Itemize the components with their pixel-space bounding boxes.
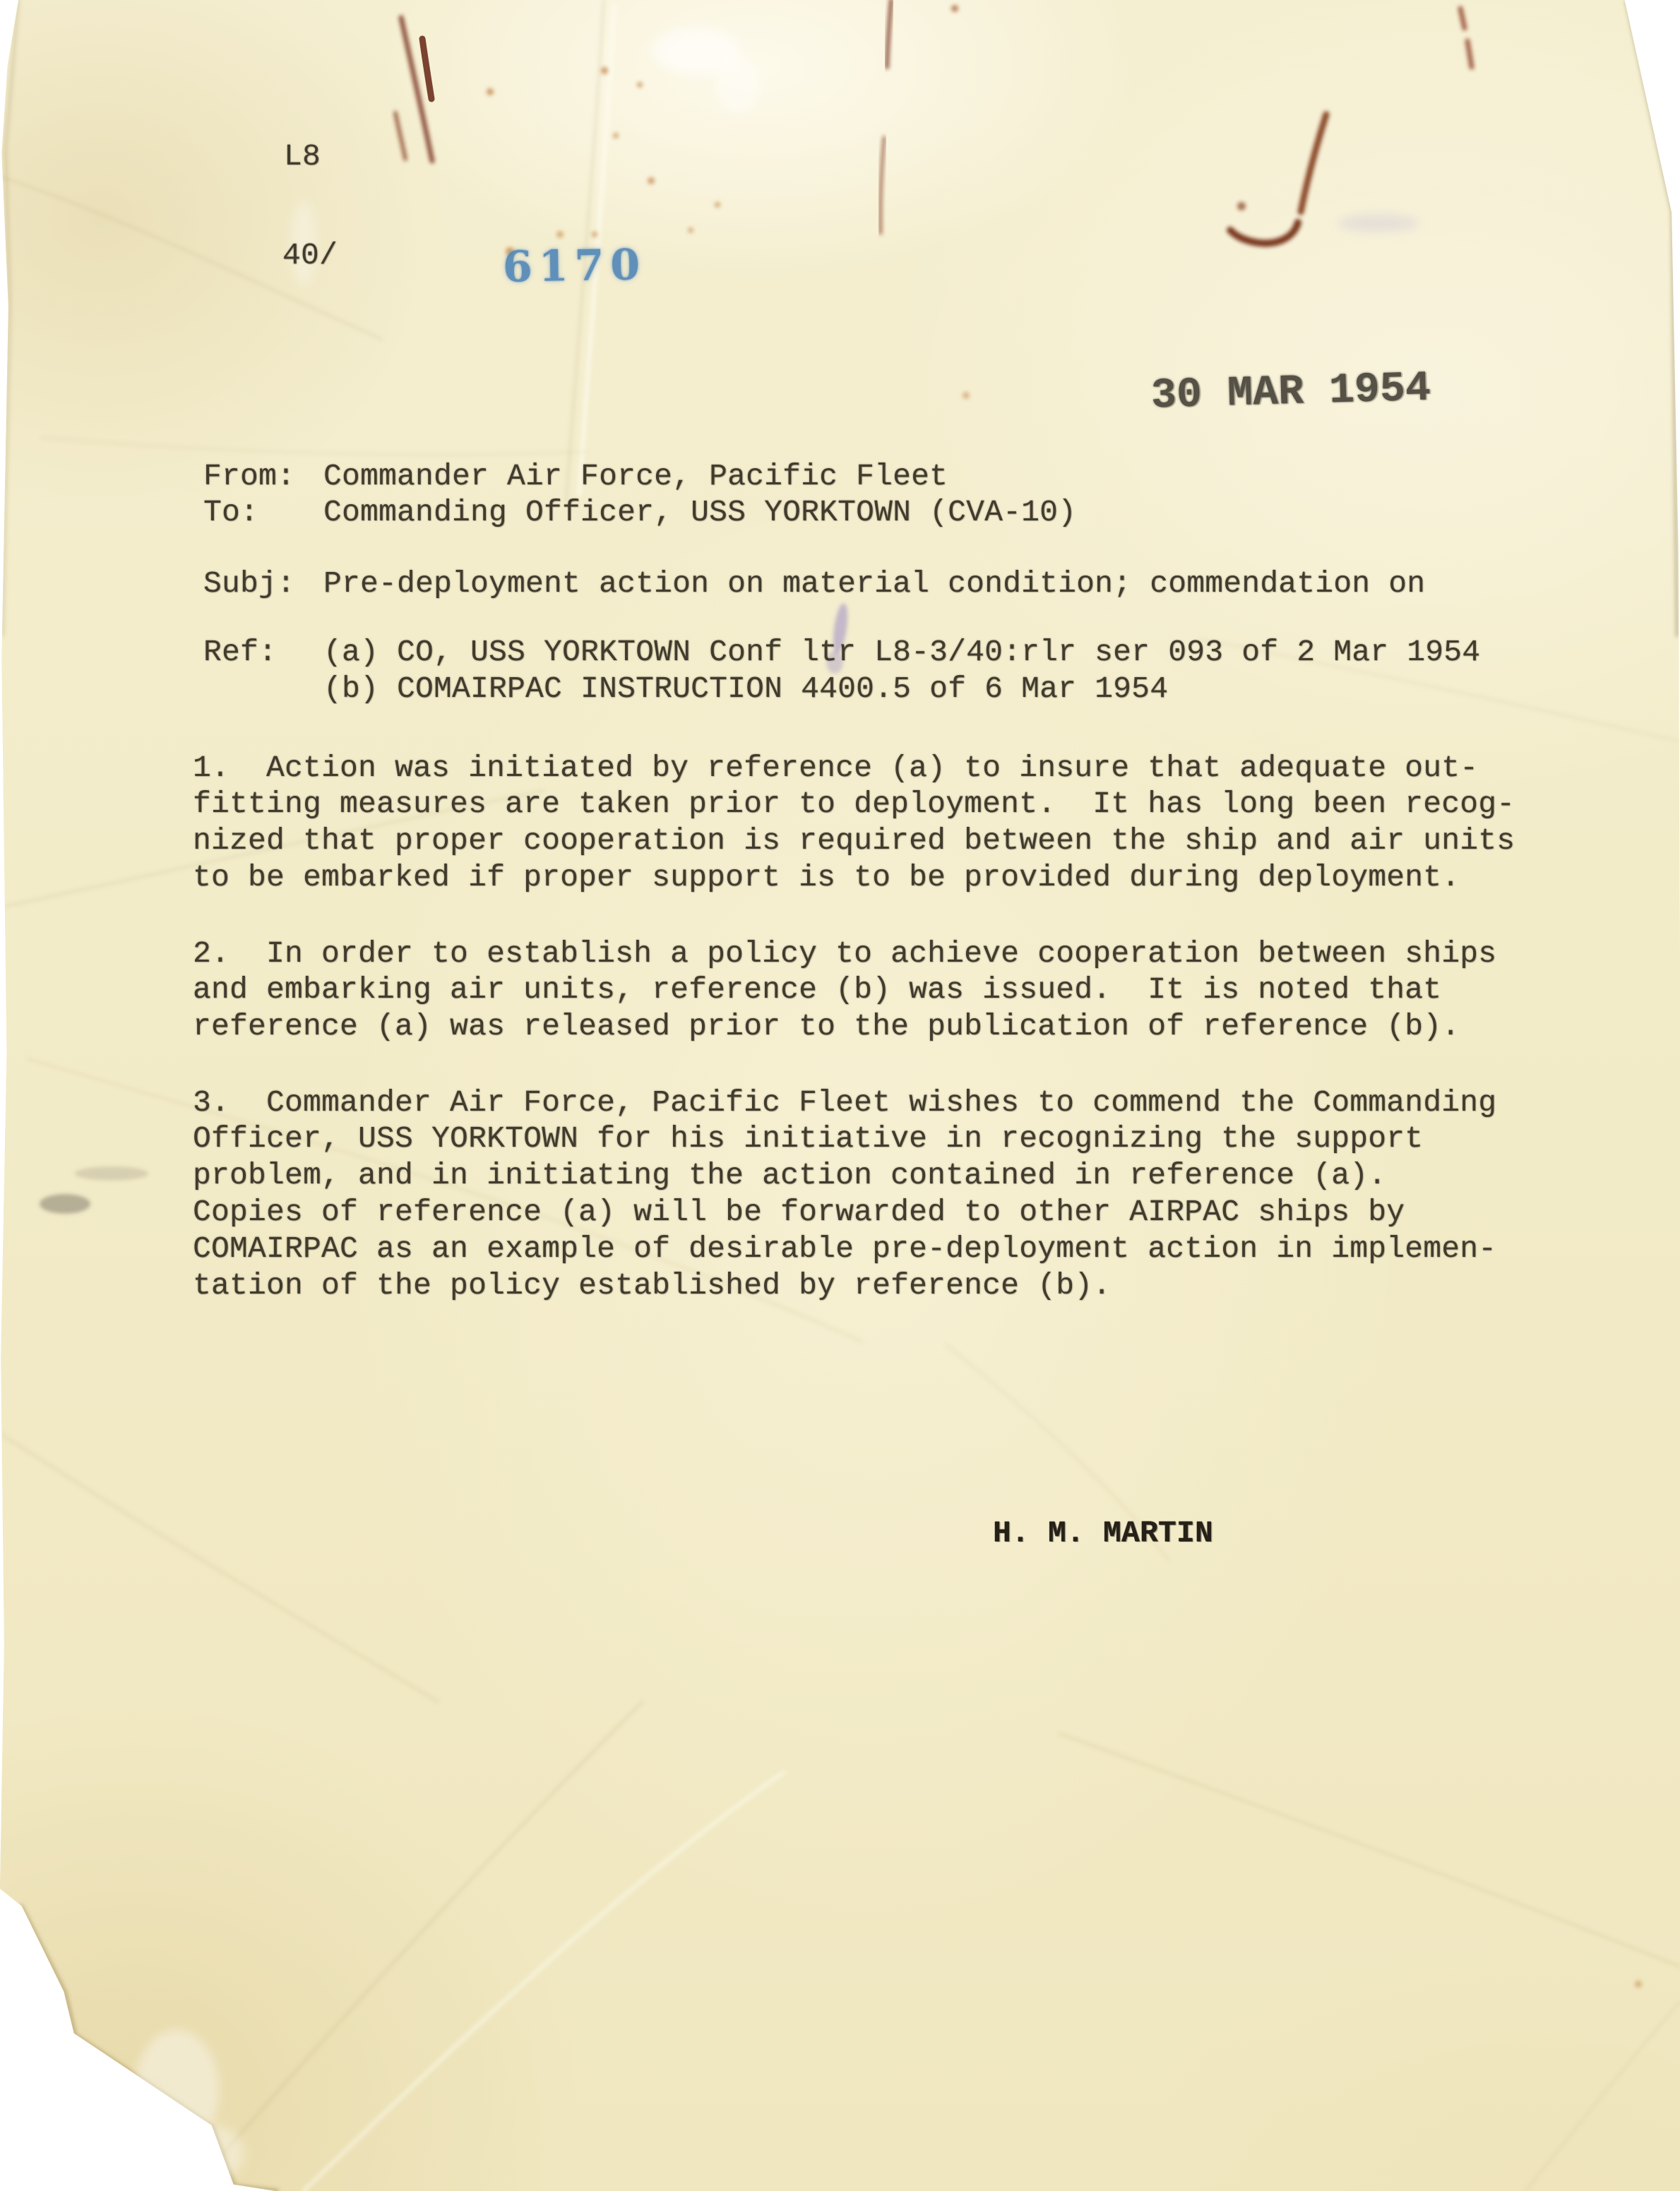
to-label: To:: [203, 496, 258, 530]
paragraph-2-line: and embarking air units, reference (b) w…: [193, 973, 1441, 1007]
pencil-smudges: [40, 1166, 148, 1214]
reference-item-a: (a) CO, USS YORKTOWN Conf ltr L8-3/40:rl…: [323, 635, 1480, 669]
rust-stain-streaks: [395, 0, 1472, 233]
from-row: From: Commander Air Force, Pacific Fleet: [0, 460, 1680, 494]
paragraph-3-line: problem, and in initiating the action co…: [193, 1159, 1386, 1193]
paragraph-3-line: 3. Commander Air Force, Pacific Fleet wi…: [193, 1086, 1496, 1120]
file-code: L8: [284, 140, 321, 174]
reference-row-b: (b) COMAIRPAC INSTRUCTION 4400.5 of 6 Ma…: [0, 672, 1680, 706]
subject-row: Subj: Pre-deployment action on material …: [0, 567, 1680, 601]
from-value: Commander Air Force, Pacific Fleet: [323, 460, 948, 494]
reference-item-b: (b) COMAIRPAC INSTRUCTION 4400.5 of 6 Ma…: [323, 672, 1168, 706]
control-number-stamp: 6170: [502, 240, 646, 292]
reference-row-a: Ref: (a) CO, USS YORKTOWN Conf ltr L8-3/…: [0, 635, 1680, 669]
paragraph-1-line: to be embarked if proper support is to b…: [193, 861, 1460, 895]
from-label: From:: [203, 460, 295, 494]
paragraph-3-line: COMAIRPAC as an example of desirable pre…: [193, 1232, 1496, 1266]
foxing-specks: [39, 5, 1642, 2111]
date-received-stamp: 30 MAR 1954: [1150, 364, 1431, 420]
serial-code: 40/: [282, 239, 338, 273]
paragraph-1-line: 1. Action was initiated by reference (a)…: [193, 751, 1478, 785]
lavender-smudge: [1338, 214, 1419, 232]
paragraph-2-line: reference (a) was released prior to the …: [193, 1010, 1460, 1044]
to-value: Commanding Officer, USS YORKTOWN (CVA-10…: [323, 496, 1076, 530]
reference-label: Ref:: [203, 635, 277, 669]
to-row: To: Commanding Officer, USS YORKTOWN (CV…: [0, 496, 1680, 530]
rust-stain-hook: [1230, 114, 1326, 243]
paragraph-3-line: Copies of reference (a) will be forwarde…: [193, 1195, 1405, 1229]
paragraph-1-line: nized that proper cooperation is require…: [193, 824, 1515, 858]
paragraph-3-line: Officer, USS YORKTOWN for his initiative…: [193, 1122, 1423, 1156]
paragraph-1-line: fitting measures are taken prior to depl…: [193, 787, 1515, 821]
document-page: L8 40/ 6170 30 MAR 1954 From: Commander …: [0, 0, 1680, 2191]
subject-value: Pre-deployment action on material condit…: [323, 567, 1425, 601]
signature-name: H. M. MARTIN: [993, 1517, 1213, 1551]
paragraph-2-line: 2. In order to establish a policy to ach…: [193, 937, 1496, 971]
subject-label: Subj:: [203, 567, 295, 601]
paragraph-3-line: tation of the policy established by refe…: [193, 1269, 1111, 1303]
